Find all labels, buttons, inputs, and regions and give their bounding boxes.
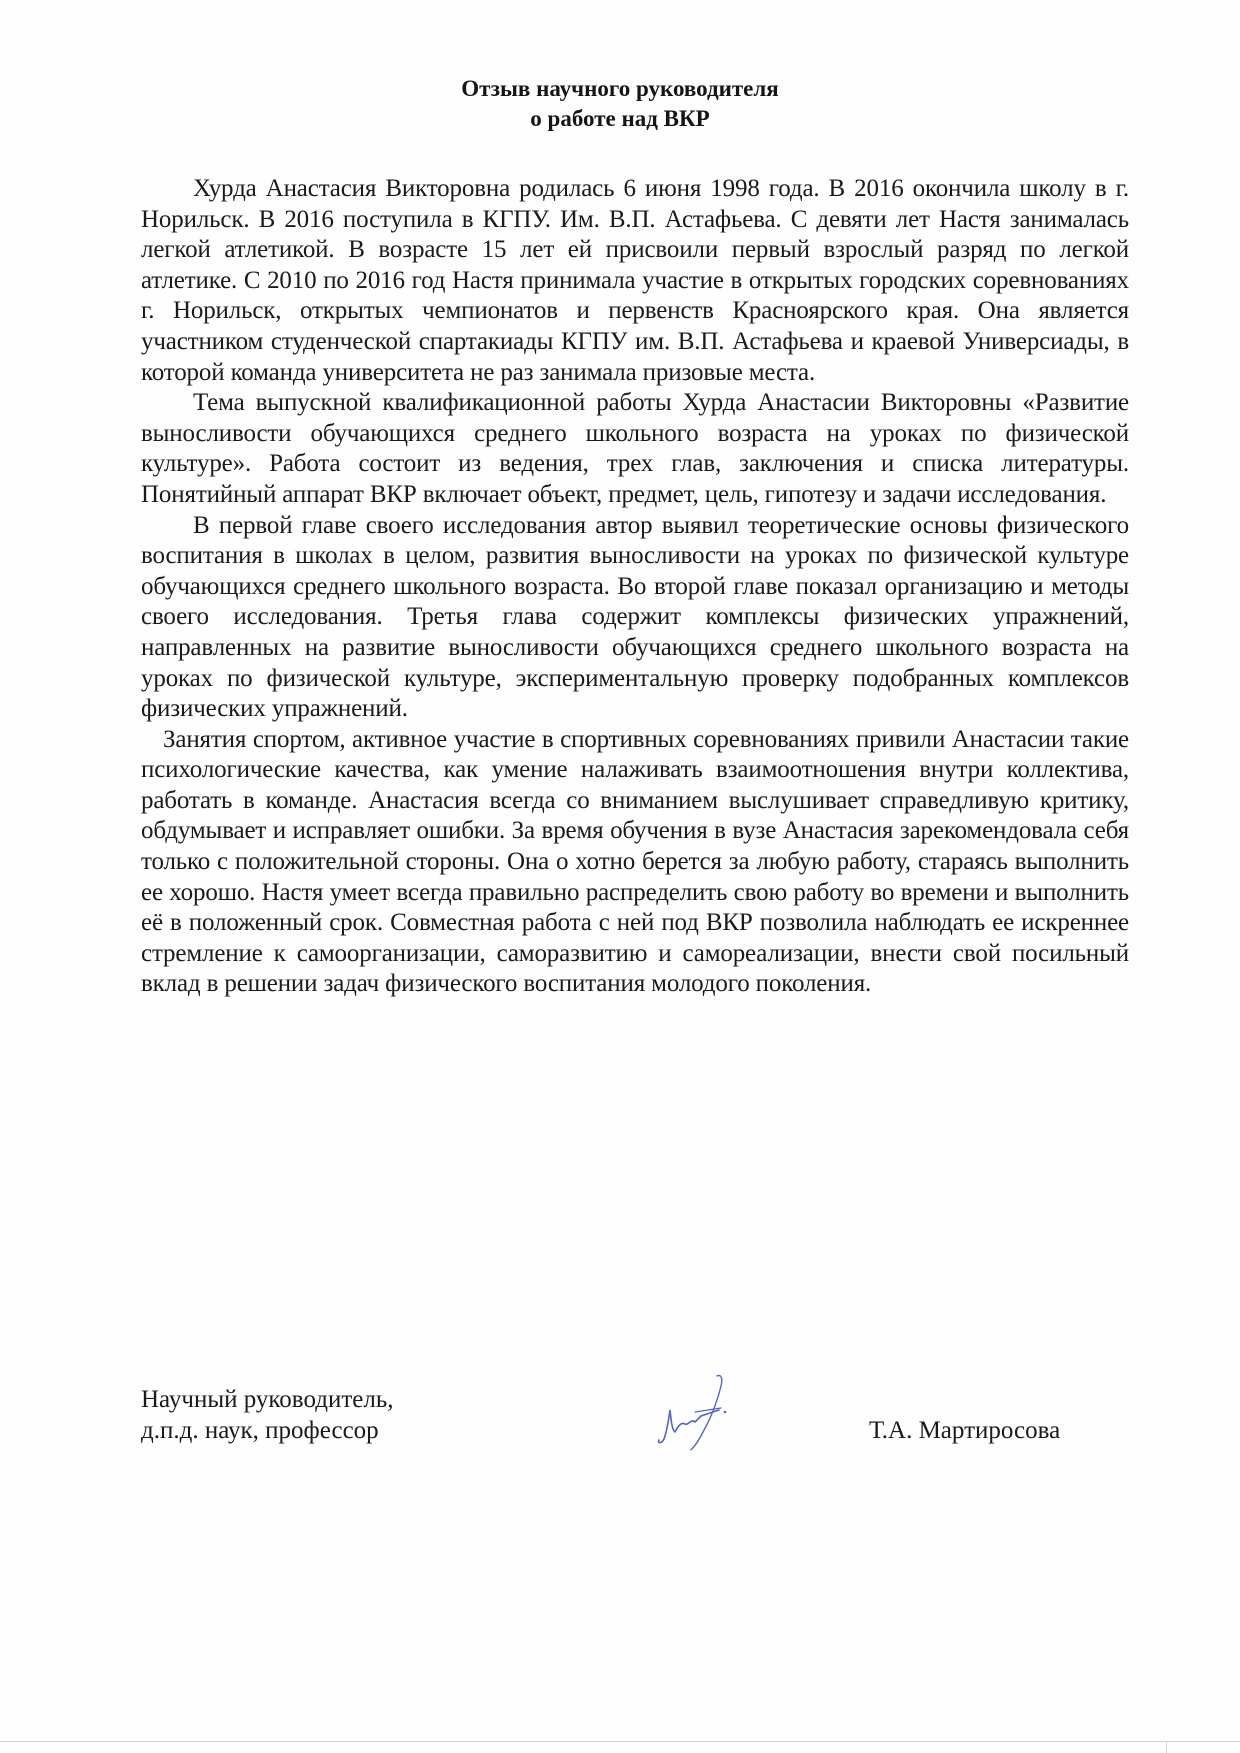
paragraph-chapters: В первой главе своего исследования автор… (141, 511, 1129, 725)
document-title: Отзыв научного руководителя о работе над… (0, 74, 1240, 134)
supervisor-role-line-1: Научный руководитель, (141, 1384, 393, 1415)
title-line-2: о работе над ВКР (0, 104, 1240, 134)
paragraph-biography: Хурда Анастасия Викторовна родилась 6 ию… (141, 174, 1129, 388)
document-body: Хурда Анастасия Викторовна родилась 6 ию… (141, 174, 1129, 1000)
supervisor-name: Т.А. Мартиросова (869, 1415, 1060, 1446)
signature-icon (655, 1372, 735, 1452)
paragraph-thesis-topic: Тема выпускной квалификационной работы Х… (141, 388, 1129, 510)
paragraph-personal-qualities: Занятия спортом, активное участие в спор… (141, 725, 1129, 1000)
supervisor-role-line-2: д.п.д. наук, профессор (141, 1415, 393, 1446)
supervisor-role: Научный руководитель, д.п.д. наук, профе… (141, 1384, 393, 1446)
scan-edge-tick (1166, 1742, 1167, 1753)
document-page: Отзыв научного руководителя о работе над… (0, 0, 1240, 1753)
scan-edge-line (0, 1741, 1240, 1742)
title-line-1: Отзыв научного руководителя (0, 74, 1240, 104)
